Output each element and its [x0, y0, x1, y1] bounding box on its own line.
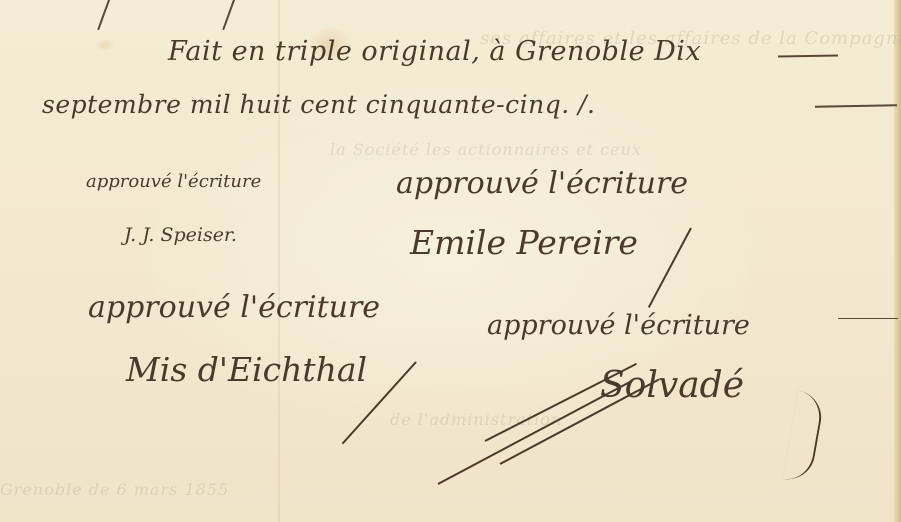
approval-text-speiser: approuvé l'écriture	[86, 171, 261, 192]
closing-line-1: Fait en triple original, à Grenoble Dix	[168, 36, 701, 67]
line-filler-dash	[838, 318, 898, 319]
line-filler-dash	[778, 54, 838, 57]
signature-eichthal: Mis d'Eichthal	[126, 350, 367, 389]
closing-line-2: septembre mil huit cent cinquante-cinq. …	[42, 90, 595, 119]
ink-stroke	[97, 0, 113, 30]
approval-text-pereire: approuvé l'écriture	[396, 166, 688, 201]
bleed-through-text: Grenoble de 6 mars 1855	[0, 480, 229, 499]
signature-flourish	[438, 380, 633, 485]
signature-pereire: Emile Pereire	[410, 223, 638, 262]
signature-speiser: J. J. Speiser.	[124, 224, 237, 246]
line-filler-dash	[815, 104, 897, 107]
signature-flourish	[782, 390, 825, 483]
signature-flourish	[648, 228, 692, 308]
bleed-through-text: la Société les actionnaires et ceux	[330, 140, 642, 159]
paper-edge	[894, 0, 901, 522]
approval-text-fourth: approuvé l'écriture	[487, 310, 750, 341]
document-page: ses affaires et les affaires de la Compa…	[0, 0, 901, 522]
paper-fold	[278, 0, 280, 522]
ink-stroke	[222, 0, 238, 30]
approval-text-eichthal: approuvé l'écriture	[88, 290, 380, 325]
